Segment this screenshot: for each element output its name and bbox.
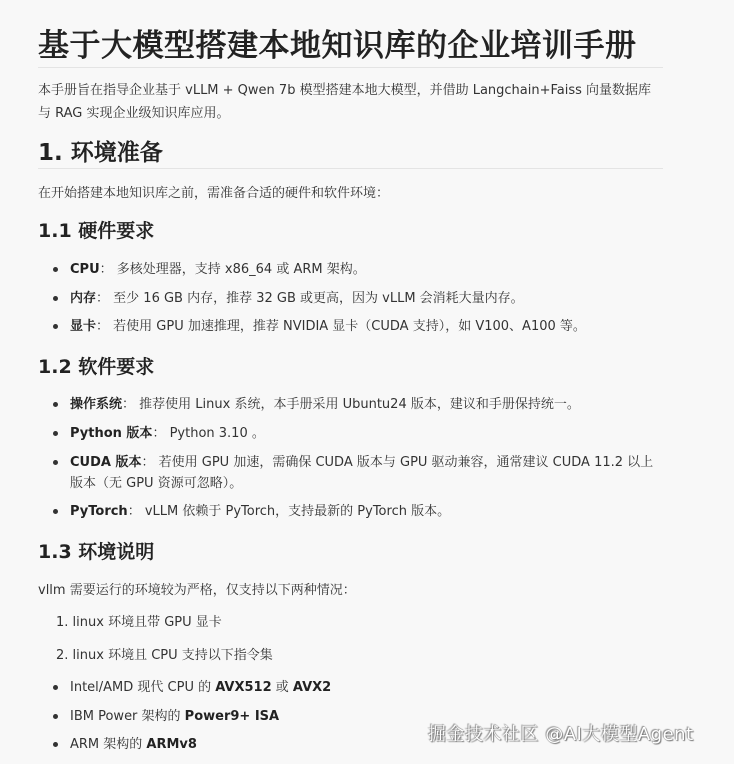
item-text: 推荐使用 Linux 系统，本手册采用 Ubuntu24 版本，建议和手册保持统… [135,397,580,412]
bullet-icon [53,431,58,436]
item-bold: Power9+ ISA [185,709,279,724]
bullet-icon [53,460,58,465]
ordered-item-1: 1. linux 环境且带 GPU 显卡 [56,612,222,633]
item-label: PyTorch [70,504,128,519]
item-separator: ： [128,504,141,519]
document-title: 基于大模型搭建本地知识库的企业培训手册 [38,26,663,68]
list-item-os: 操作系统： 推荐使用 Linux 系统，本手册采用 Ubuntu24 版本，建议… [70,394,580,415]
item-text: ARM 架构的 [70,737,146,752]
item-text-continuation: 版本（无 GPU 资源可忽略）。 [70,473,653,494]
intro-line-2: 与 RAG 实现企业级知识库应用。 [38,102,230,125]
item-label: CPU [70,262,100,277]
item-label: 显卡 [70,319,96,334]
list-item-python: Python 版本： Python 3.10 。 [70,423,265,444]
section-env-prep-para: 在开始搭建本地知识库之前，需准备合适的硬件和软件环境： [38,182,389,205]
bullet-icon [53,267,58,272]
intro-line-1: 本手册旨在指导企业基于 vLLM + Qwen 7b 模型搭建本地大模型，并借助… [38,79,651,102]
list-item-ibm-power: IBM Power 架构的 Power9+ ISA [70,706,279,727]
bullet-icon [53,296,58,301]
bullet-icon [53,685,58,690]
subsection-heading-software: 1.2 软件要求 [38,354,154,380]
item-label: CUDA 版本 [70,455,141,470]
item-text: vLLM 依赖于 PyTorch，支持最新的 PyTorch 版本。 [141,504,450,519]
bullet-icon [53,509,58,514]
item-label: 操作系统 [70,397,122,412]
item-separator: ： [152,426,165,441]
bullet-icon [53,742,58,747]
environment-para: vllm 需要运行的环境较为严格，仅支持以下两种情况： [38,579,356,602]
item-text: 若使用 GPU 加速推理，推荐 NVIDIA 显卡（CUDA 支持），如 V10… [109,319,586,334]
item-separator: ： [122,397,135,412]
subsection-heading-hardware: 1.1 硬件要求 [38,218,154,244]
item-bold: AVX512 [215,680,271,695]
item-separator: ： [141,455,154,470]
item-text: 若使用 GPU 加速，需确保 CUDA 版本与 GPU 驱动兼容，通常建议 CU… [155,455,654,470]
list-item-gpu: 显卡： 若使用 GPU 加速推理，推荐 NVIDIA 显卡（CUDA 支持），如… [70,316,586,337]
section-heading-env-prep: 1. 环境准备 [38,138,663,169]
list-item-cuda: CUDA 版本： 若使用 GPU 加速，需确保 CUDA 版本与 GPU 驱动兼… [70,452,653,494]
list-item-cpu: CPU： 多核处理器，支持 x86_64 或 ARM 架构。 [70,259,366,280]
item-text: 或 [272,680,293,695]
item-text: IBM Power 架构的 [70,709,185,724]
item-bold: AVX2 [293,680,331,695]
item-label: Python 版本 [70,426,152,441]
item-label: 内存 [70,291,96,306]
item-text: Python 3.10 。 [165,426,264,441]
item-separator: ： [96,319,109,334]
bullet-icon [53,402,58,407]
item-text: 至少 16 GB 内存，推荐 32 GB 或更高，因为 vLLM 会消耗大量内存… [109,291,524,306]
list-item-arm: ARM 架构的 ARMv8 [70,734,197,755]
bullet-icon [53,324,58,329]
item-bold: ARMv8 [146,737,197,752]
item-separator: ： [100,262,113,277]
list-item-intel-amd: Intel/AMD 现代 CPU 的 AVX512 或 AVX2 [70,677,331,698]
item-text: Intel/AMD 现代 CPU 的 [70,680,215,695]
list-item-pytorch: PyTorch： vLLM 依赖于 PyTorch，支持最新的 PyTorch … [70,501,450,522]
ordered-item-2: 2. linux 环境且 CPU 支持以下指令集 [56,645,273,666]
list-item-memory: 内存： 至少 16 GB 内存，推荐 32 GB 或更高，因为 vLLM 会消耗… [70,288,524,309]
subsection-heading-environment: 1.3 环境说明 [38,539,154,565]
item-text: 多核处理器，支持 x86_64 或 ARM 架构。 [113,262,366,277]
bullet-icon [53,714,58,719]
watermark: 掘金技术社区 @AI大模型Agent [428,720,694,746]
item-separator: ： [96,291,109,306]
